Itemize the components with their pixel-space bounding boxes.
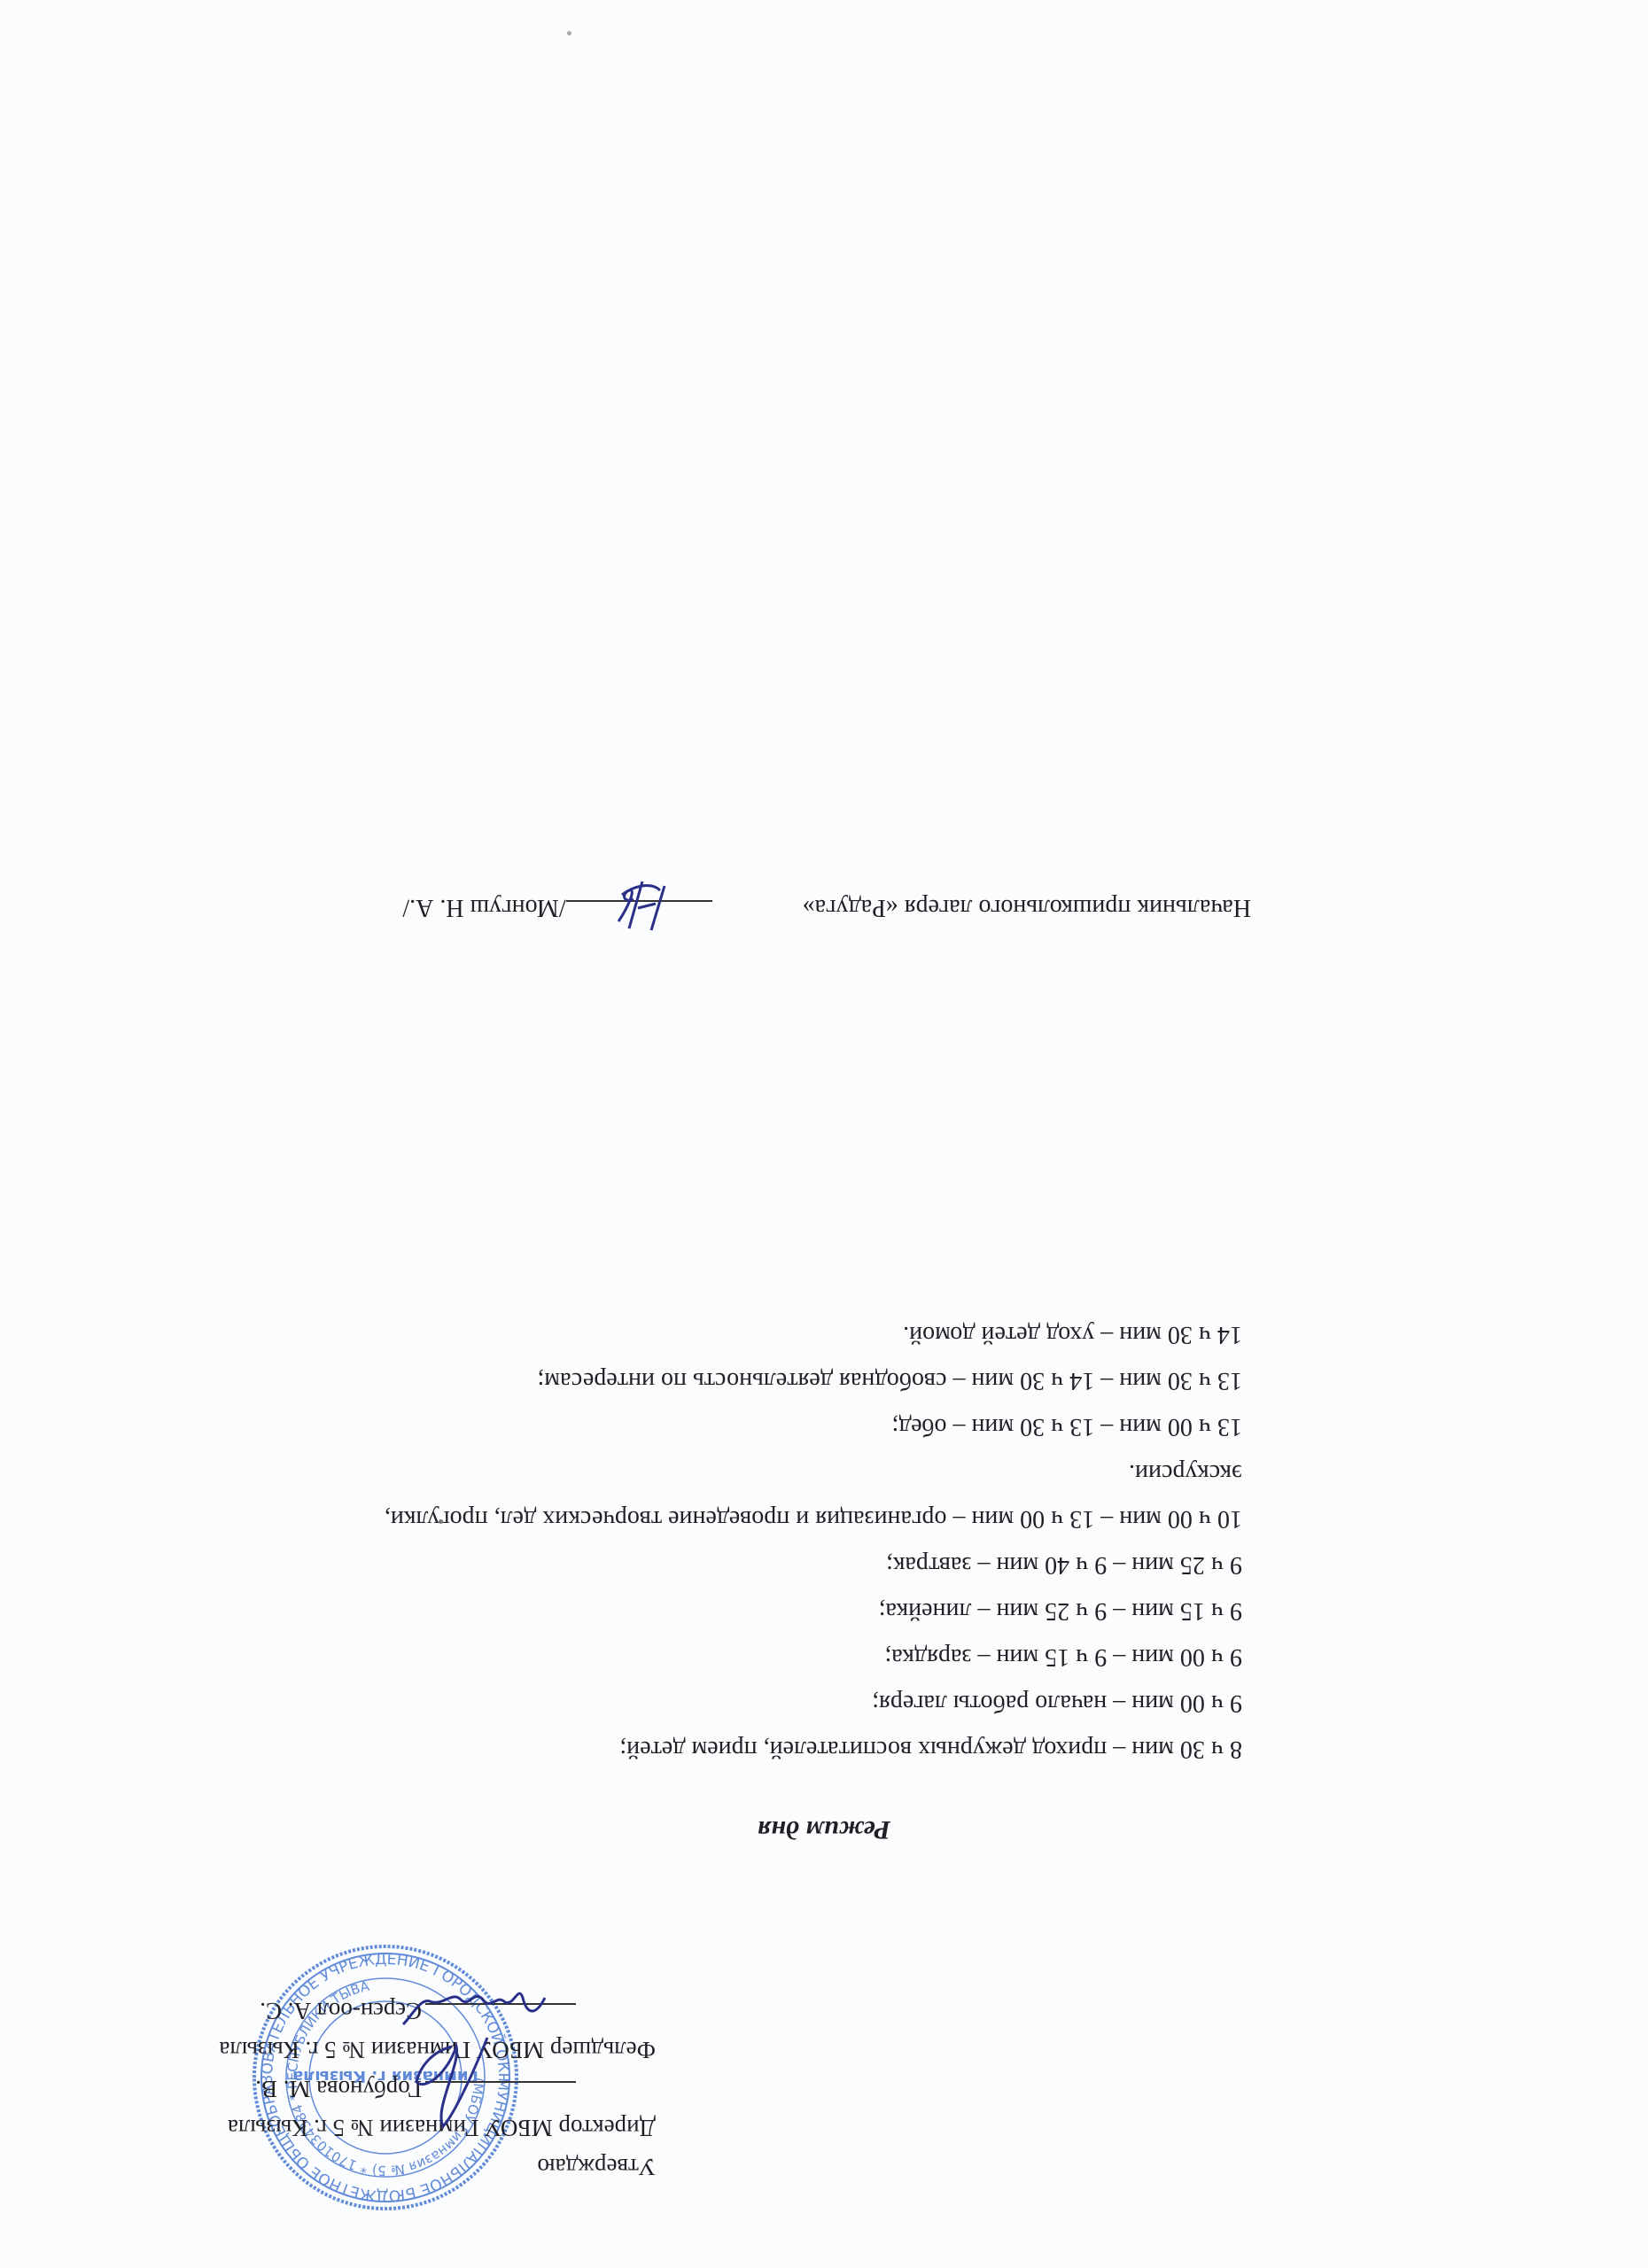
scan-speck xyxy=(567,31,571,35)
camp-head-position: Начальник пришкольного лагеря «Радуга» xyxy=(803,894,1251,921)
camp-head-name: /Монгуш Н. А./ xyxy=(402,894,565,921)
schedule-item: 9 ч 00 мин – начало работы лагеря; xyxy=(385,1680,1242,1726)
schedule-item: 13 ч 30 мин – 14 ч 30 мин – свободная де… xyxy=(385,1357,1242,1403)
schedule-item-continuation: экскурсии. xyxy=(385,1449,1242,1495)
scan-speck xyxy=(439,1519,443,1524)
approval-heading: Утверждаю xyxy=(219,2148,656,2186)
schedule-item: 9 ч 15 мин – 9 ч 25 мин – линейка; xyxy=(385,1588,1242,1634)
page-title: Режим дня xyxy=(0,1814,1648,1845)
camp-head-signature: Начальник пришкольного лагеря «Радуга» /… xyxy=(402,893,1251,921)
medic-signature-icon xyxy=(394,1971,554,2033)
schedule-item: 14 ч 30 мин – уход детей домой. xyxy=(385,1311,1242,1357)
schedule-list: 8 ч 30 мин – приход дежурных воспитателе… xyxy=(385,1311,1242,1772)
schedule-item: 8 ч 30 мин – приход дежурных воспитателе… xyxy=(385,1726,1242,1772)
schedule-item: 9 ч 00 мин – 9 ч 15 мин – зарядка; xyxy=(385,1634,1242,1680)
schedule-item: 13 ч 00 мин – 13 ч 30 мин – обед; xyxy=(385,1403,1242,1449)
director-signature-icon xyxy=(399,2020,505,2135)
camp-head-signature-icon xyxy=(611,873,673,939)
schedule-item: 10 ч 00 мин – 13 ч 00 мин – организация … xyxy=(385,1495,1242,1542)
schedule-item: 9 ч 25 мин – 9 ч 40 мин – завтрак; xyxy=(385,1542,1242,1588)
document-page: МУНИЦИПАЛЬНОЕ БЮДЖЕТНОЕ ОБЩЕОБРАЗОВАТЕЛЬ… xyxy=(0,0,1648,2268)
director-name: Горбунова М. В. xyxy=(255,2076,422,2102)
